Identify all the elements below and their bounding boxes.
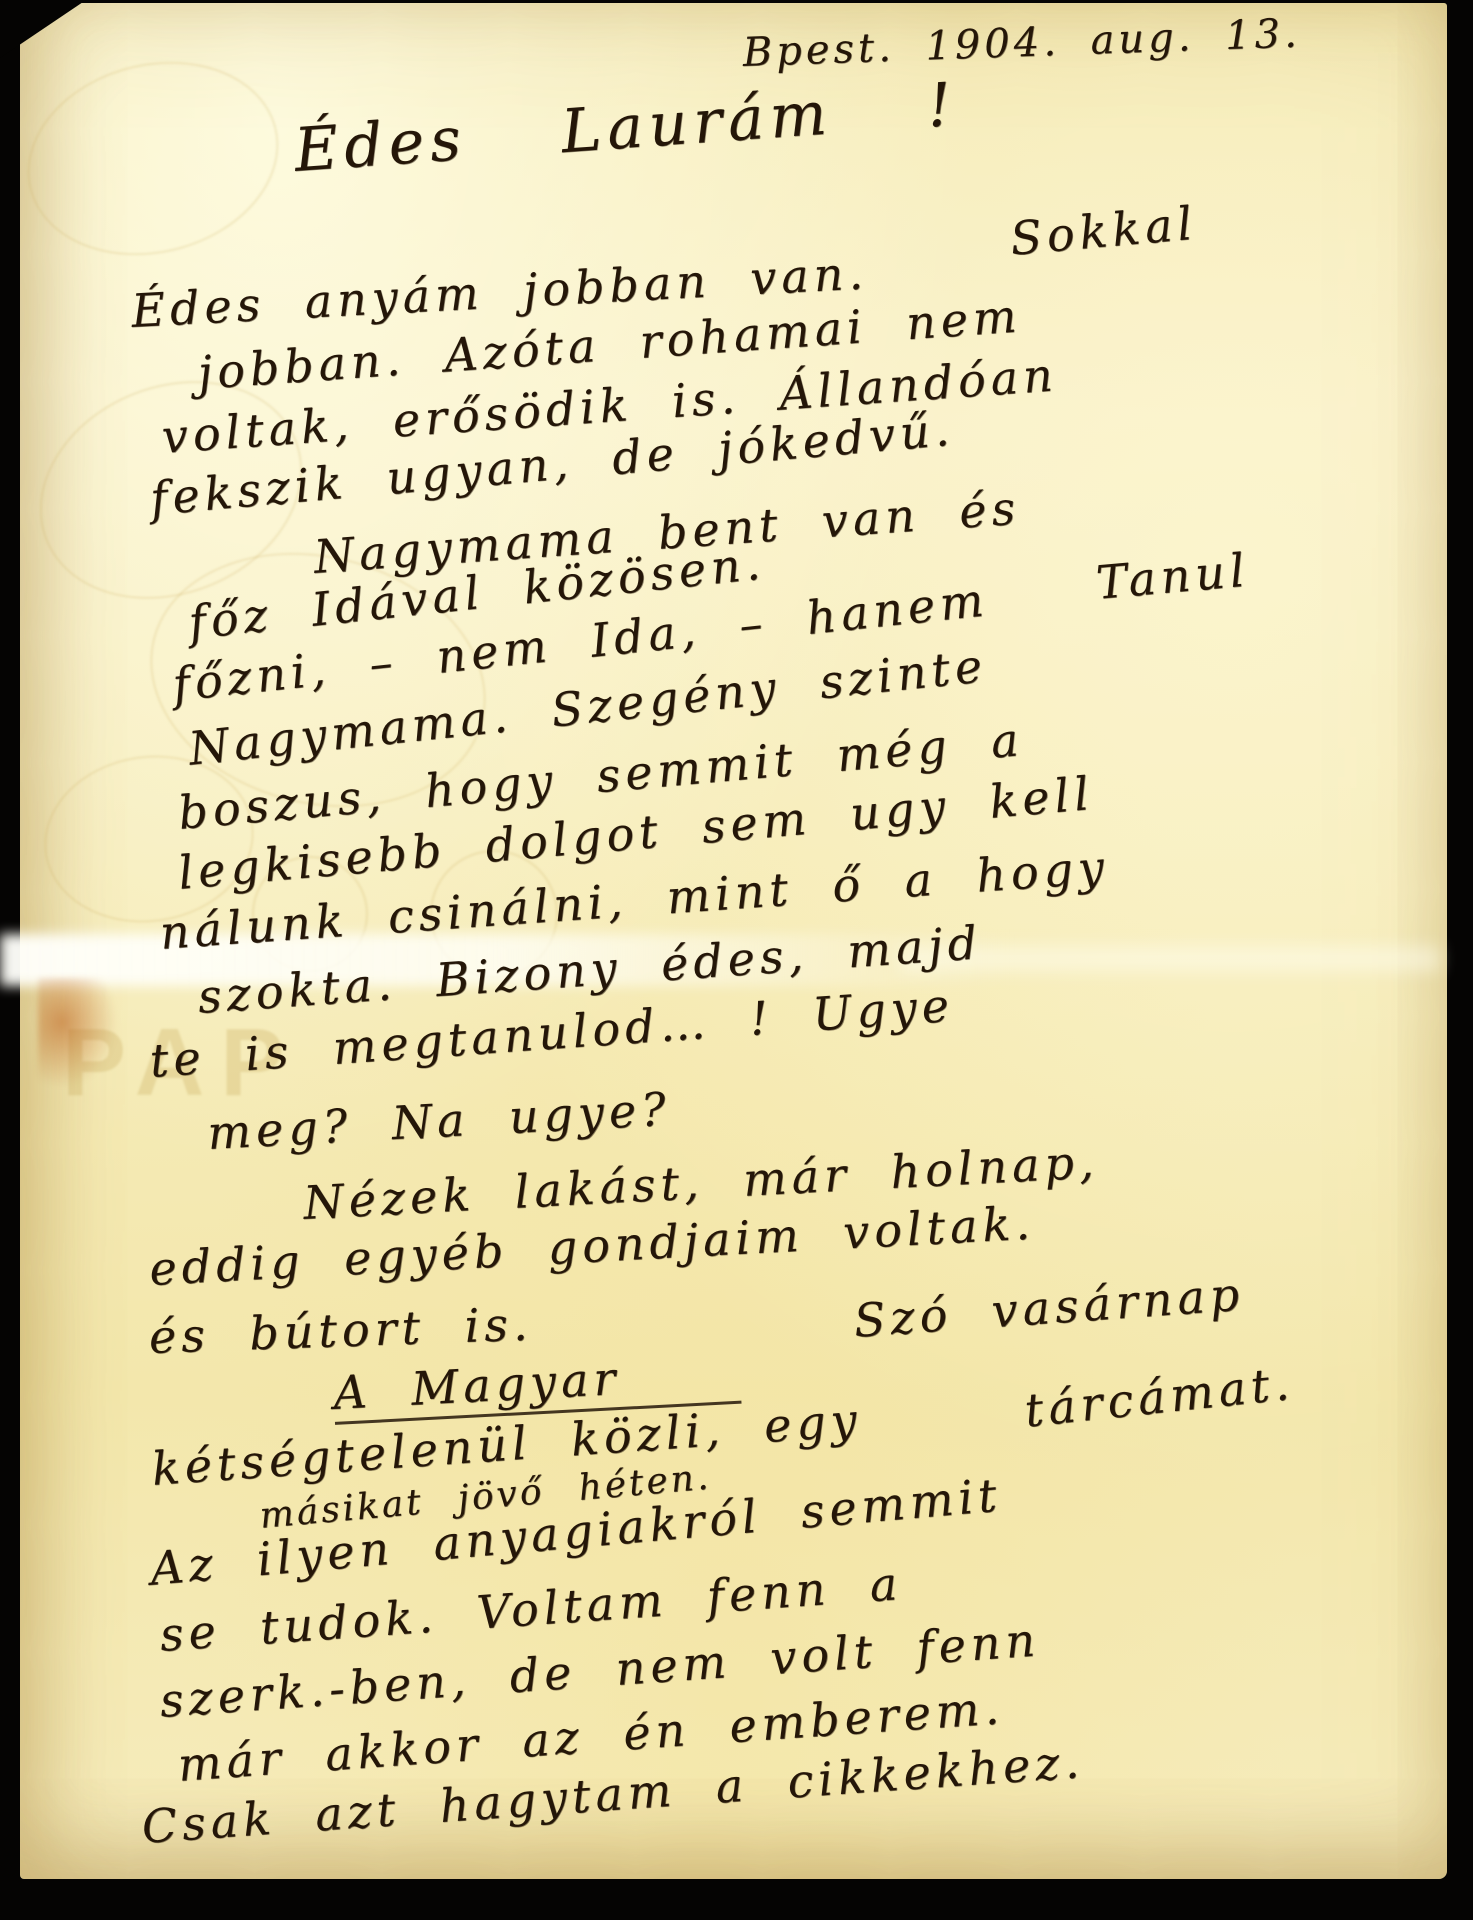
letter-scan: PAP Bpest. 1904. aug. 13. Édes Laurám ! … [0, 0, 1473, 1920]
rust-stain [38, 978, 118, 1088]
